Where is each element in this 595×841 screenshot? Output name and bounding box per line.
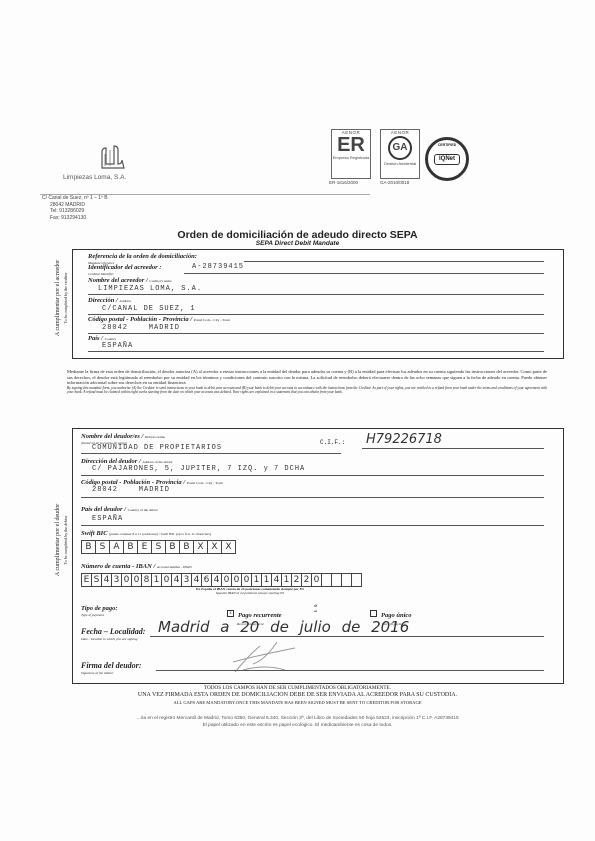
char-cell[interactable]: X (221, 540, 236, 554)
creditor-name-label: Nombre del acreedor / Creditor's name (88, 277, 172, 284)
swift-bic-input[interactable]: BSABESBBXXX (81, 540, 235, 554)
cif-value[interactable]: H79226718 (366, 432, 442, 447)
aenor-ga-certificate: AENOR GA Gestión Ambiental (380, 129, 420, 179)
ga-mark-icon: GA (388, 136, 412, 160)
payment-type-sublabel: Type of payment (81, 613, 104, 617)
signature-label: Firma del deudor: (81, 661, 141, 670)
debtor-name-value[interactable]: COMUNIDAD DE PROPIETARIOS (92, 444, 222, 452)
footer-eco: El papel utilizado en este escrito es pa… (0, 723, 595, 728)
creditor-country-value[interactable]: ESPAÑA (102, 342, 133, 350)
creditor-address-value[interactable]: C/CANAL DE SUEZ, 1 (102, 305, 196, 313)
mandate-reference-label: Referencia de la orden de domiciliación: (88, 253, 197, 260)
ga-code: GA-2010/0018 (380, 180, 409, 185)
or-separator: o or (314, 604, 317, 613)
char-cell[interactable]: S (95, 540, 110, 554)
debtor-address-value[interactable]: C/ PAJARONES, 5, JUPITER, 7 IZQ. y 7 DCH… (92, 465, 305, 473)
creditor-id-line (184, 273, 544, 274)
char-cell[interactable]: A (109, 540, 124, 554)
debtor-postal-value[interactable]: 28042 MADRID (92, 486, 170, 494)
char-cell[interactable]: E (137, 540, 152, 554)
company-address: C/ Canal de Suez, nº 1 – 1º B 28042 MADR… (42, 195, 108, 221)
one-off-checkbox[interactable] (370, 610, 377, 617)
creditor-id-value[interactable]: A-28739415 (192, 263, 244, 271)
iban-label: Número de cuenta - IBAN / Account number… (81, 563, 192, 570)
char-cell[interactable]: X (193, 540, 208, 554)
swift-label: Swift BIC (puede contener 8 u 11 posicio… (81, 530, 211, 537)
iban-input[interactable]: ES4300810434640001141220 (81, 573, 361, 587)
recurrent-checkbox[interactable]: x (227, 610, 234, 617)
char-cell[interactable]: S (151, 540, 166, 554)
date-place-line (150, 636, 544, 637)
debtor-side-label: A cumplimentar por el deudor To be compl… (55, 600, 63, 614)
er-mark-icon: ER (332, 135, 370, 155)
signature-sublabel: Signature of the debtor (81, 671, 113, 675)
creditor-address-label: Dirección / Address (88, 297, 131, 304)
creditor-id-sublabel: Creditor Identifier (88, 272, 114, 276)
debtor-name-line (81, 453, 341, 454)
debtor-address-label: Dirección del deudor / Address of the de… (81, 458, 173, 465)
company-logo-icon (96, 144, 126, 170)
footer-send-en: ALL GAPS ARE MANDATORY.ONCE THIS MANDATE… (0, 700, 595, 705)
payment-type-label: Tipo de pago: (81, 605, 118, 612)
aenor-er-certificate: AENOR ER Empresa Registrada (331, 129, 371, 179)
debtor-country-line (81, 525, 544, 526)
char-cell[interactable]: B (179, 540, 194, 554)
debtor-name-label: Nombre del deudor/es / Debtor's name (81, 433, 165, 440)
creditor-id-label: Identificador del acreedor : (88, 264, 161, 271)
footer-send-es: UNA VEZ FIRMADA ESTA ORDEN DE DOMICILIAC… (0, 692, 595, 698)
iban-note: En España el IBAN consta de 24 posicione… (150, 587, 350, 595)
debtor-postal-label: Código postal - Población - Provincia / … (81, 479, 223, 486)
creditor-address-line (88, 314, 544, 315)
creditor-postal-value[interactable]: 28042 MADRID (102, 324, 180, 332)
debtor-country-value[interactable]: ESPAÑA (92, 515, 123, 523)
date-place-sublabel: Date - location in which you are signing (81, 637, 138, 641)
char-cell[interactable]: B (165, 540, 180, 554)
char-cell[interactable]: X (207, 540, 222, 554)
debtor-postal-line (81, 497, 544, 498)
creditor-country-label: País / Country (88, 335, 116, 342)
creditor-side-label: A cumplimentar por el acreedor To be com… (55, 348, 63, 362)
footer-registry: …ita en el registro Mercantil de Madrid,… (0, 716, 595, 721)
debtor-address-line (81, 475, 544, 476)
mandate-reference-field[interactable] (244, 261, 544, 262)
cif-label: C.I.F.: (320, 439, 345, 446)
creditor-postal-line (88, 333, 544, 334)
creditor-name-line (88, 294, 544, 295)
company-name: Limpiezas Loma, S.A. (63, 174, 126, 181)
date-place-label: Fecha – Localidad: (81, 627, 145, 636)
er-code: ER-1616/2000 (329, 180, 358, 185)
signature-field[interactable] (156, 670, 544, 671)
document-subtitle: SEPA Direct Debit Mandate (0, 240, 595, 247)
char-cell[interactable]: B (123, 540, 138, 554)
legal-text: Mediante la firma de esta orden de domic… (67, 369, 547, 394)
creditor-name-value[interactable]: LIMPIEZAS LOMA, S.A. (98, 285, 202, 293)
creditor-country-line (88, 351, 544, 352)
char-cell[interactable] (351, 573, 362, 587)
debtor-country-label: País del deudor / Country of the debtor (81, 506, 158, 513)
creditor-postal-label: Código postal - Población - Provincia / … (88, 316, 230, 323)
char-cell[interactable]: B (81, 540, 96, 554)
cif-line (362, 448, 544, 449)
iqnet-badge-icon: IQNet CERTIFIED (425, 137, 469, 181)
footer-mandatory: TODOS LOS CAMPOS HAN DE SER CUMPLIMENTAD… (0, 685, 595, 691)
